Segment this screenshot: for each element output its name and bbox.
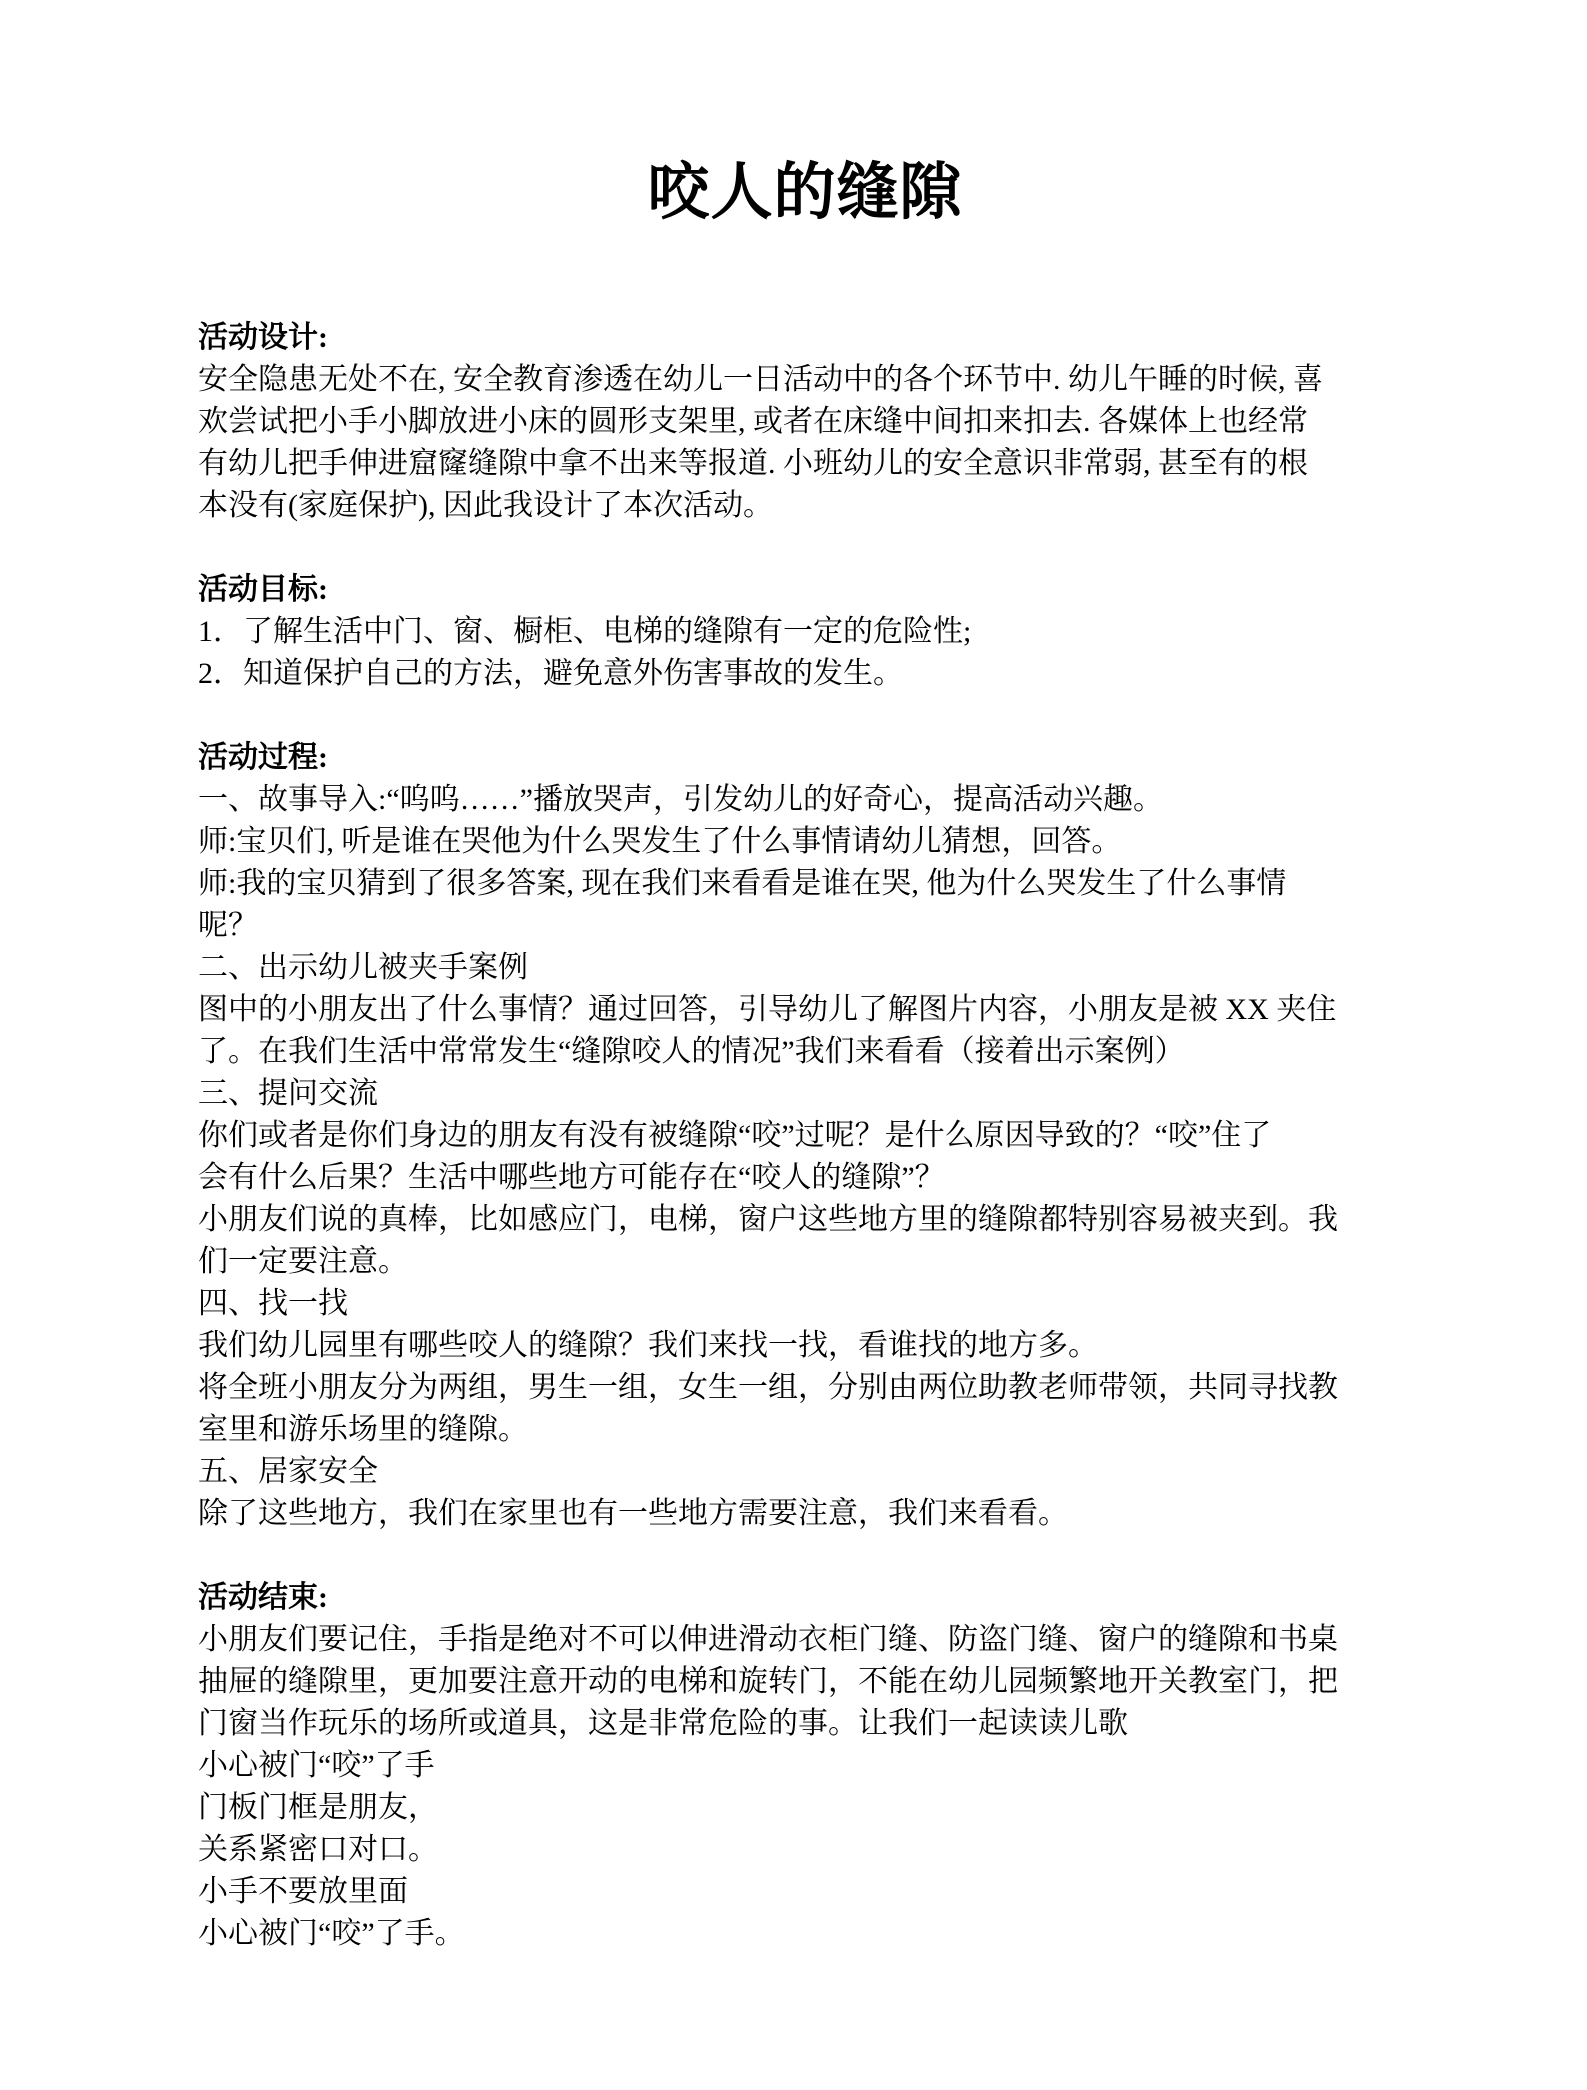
text-line: 2．知道保护自己的方法，避免意外伤害事故的发生。 (198, 653, 1412, 695)
text-line: 门板门框是朋友， (198, 1787, 1412, 1829)
section-activity-goals: 活动目标: 1．了解生活中门、窗、橱柜、电梯的缝隙有一定的危险性; 2．知道保护… (198, 569, 1412, 695)
text-line: 呢？ (198, 905, 1412, 947)
text-line: 五、居家安全 (198, 1451, 1412, 1493)
document-page: 咬人的缝隙 活动设计: 安全隐患无处不在, 安全教育渗透在幼儿一日活动中的各个环… (0, 0, 1587, 2090)
text-line: 室里和游乐场里的缝隙。 (198, 1409, 1412, 1451)
text-line: 四、找一找 (198, 1283, 1412, 1325)
text-line: 小朋友们要记住，手指是绝对不可以伸进滑动衣柜门缝、防盗门缝、窗户的缝隙和书桌 (198, 1619, 1412, 1661)
section-activity-end: 活动结束: 小朋友们要记住，手指是绝对不可以伸进滑动衣柜门缝、防盗门缝、窗户的缝… (198, 1577, 1412, 1955)
text-line: 有幼儿把手伸进窟窿缝隙中拿不出来等报道. 小班幼儿的安全意识非常弱, 甚至有的根 (198, 443, 1412, 485)
section-activity-design: 活动设计: 安全隐患无处不在, 安全教育渗透在幼儿一日活动中的各个环节中. 幼儿… (198, 317, 1412, 527)
text-line: 小朋友们说的真棒，比如感应门，电梯，窗户这些地方里的缝隙都特别容易被夹到。我 (198, 1199, 1412, 1241)
text-line: 小心被门“咬”了手 (198, 1745, 1412, 1787)
text-line: 安全隐患无处不在, 安全教育渗透在幼儿一日活动中的各个环节中. 幼儿午睡的时候,… (198, 359, 1412, 401)
text-line: 师:我的宝贝猜到了很多答案, 现在我们来看看是谁在哭, 他为什么哭发生了什么事情 (198, 863, 1412, 905)
text-line: 你们或者是你们身边的朋友有没有被缝隙“咬”过呢？是什么原因导致的？“咬”住了 (198, 1115, 1412, 1157)
text-line: 我们幼儿园里有哪些咬人的缝隙？我们来找一找，看谁找的地方多。 (198, 1325, 1412, 1367)
text-line: 们一定要注意。 (198, 1241, 1412, 1283)
document-title: 咬人的缝隙 (198, 155, 1412, 231)
text-line: 一、故事导入:“呜呜……”播放哭声，引发幼儿的好奇心，提高活动兴趣。 (198, 779, 1412, 821)
text-line: 师:宝贝们, 听是谁在哭他为什么哭发生了什么事情请幼儿猜想，回答。 (198, 821, 1412, 863)
text-line: 会有什么后果？生活中哪些地方可能存在“咬人的缝隙”？ (198, 1157, 1412, 1199)
text-line: 将全班小朋友分为两组，男生一组，女生一组，分别由两位助教老师带领，共同寻找教 (198, 1367, 1412, 1409)
section-heading: 活动结束: (198, 1577, 1412, 1619)
section-activity-process: 活动过程: 一、故事导入:“呜呜……”播放哭声，引发幼儿的好奇心，提高活动兴趣。… (198, 737, 1412, 1535)
text-line: 1．了解生活中门、窗、橱柜、电梯的缝隙有一定的危险性; (198, 611, 1412, 653)
section-heading: 活动过程: (198, 737, 1412, 779)
text-line: 小心被门“咬”了手。 (198, 1913, 1412, 1955)
text-line: 门窗当作玩乐的场所或道具，这是非常危险的事。让我们一起读读儿歌 (198, 1703, 1412, 1745)
text-line: 本没有(家庭保护), 因此我设计了本次活动。 (198, 485, 1412, 527)
text-line: 了。在我们生活中常常发生“缝隙咬人的情况”我们来看看（接着出示案例） (198, 1031, 1412, 1073)
text-line: 二、出示幼儿被夹手案例 (198, 947, 1412, 989)
text-line: 欢尝试把小手小脚放进小床的圆形支架里, 或者在床缝中间扣来扣去. 各媒体上也经常 (198, 401, 1412, 443)
text-line: 抽屉的缝隙里，更加要注意开动的电梯和旋转门，不能在幼儿园频繁地开关教室门，把 (198, 1661, 1412, 1703)
text-line: 图中的小朋友出了什么事情？通过回答，引导幼儿了解图片内容，小朋友是被 XX 夹住 (198, 989, 1412, 1031)
text-line: 关系紧密口对口。 (198, 1829, 1412, 1871)
section-heading: 活动设计: (198, 317, 1412, 359)
text-line: 三、提问交流 (198, 1073, 1412, 1115)
section-heading: 活动目标: (198, 569, 1412, 611)
text-line: 小手不要放里面 (198, 1871, 1412, 1913)
text-line: 除了这些地方，我们在家里也有一些地方需要注意，我们来看看。 (198, 1493, 1412, 1535)
